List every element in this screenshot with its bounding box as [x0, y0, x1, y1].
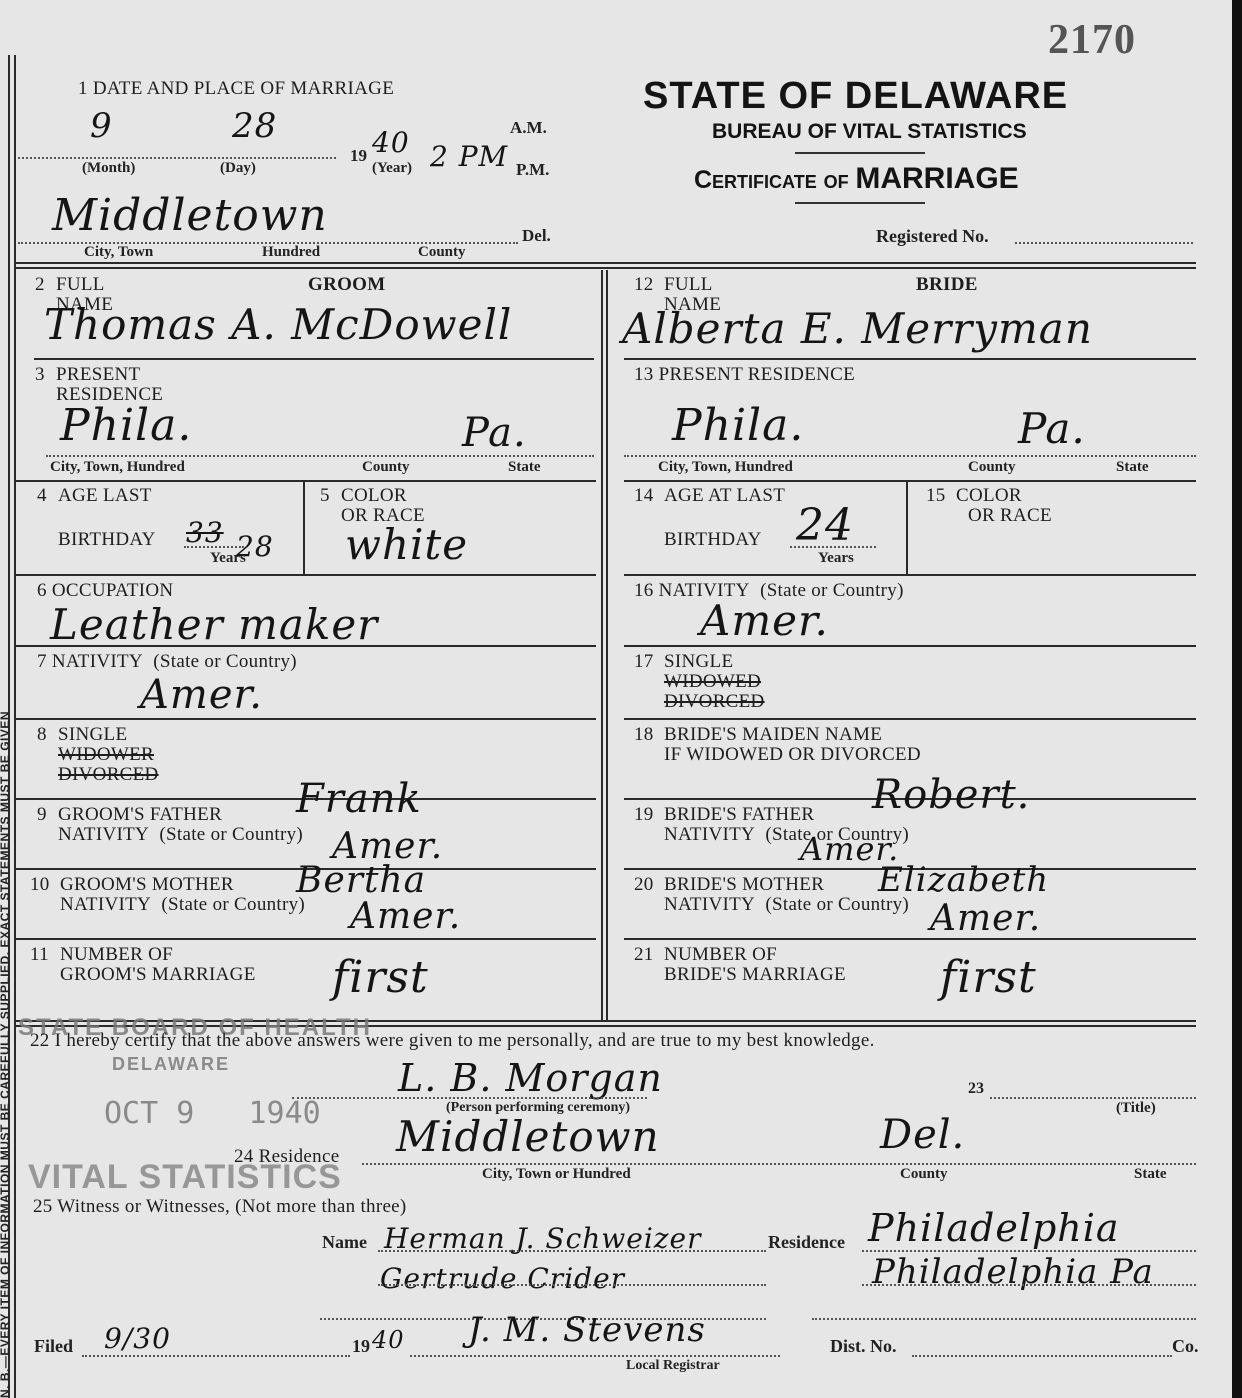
serial-number: 2170 [1048, 16, 1136, 64]
groom-res-state-label: State [508, 459, 541, 476]
bride-marriage-num: 21 [634, 944, 654, 966]
right-border [1232, 0, 1242, 1398]
title-rule-1 [795, 152, 925, 154]
rule-bride-2 [624, 358, 1196, 360]
groom-age-years-label: Years [210, 550, 246, 567]
year-label: (Year) [372, 160, 412, 177]
filed-year-prefix: 19 [352, 1336, 370, 1357]
bride-mother-nativity[interactable]: Amer. [930, 898, 1041, 939]
month-day-line [18, 157, 336, 159]
county-label: County [418, 244, 466, 261]
co-label: Co. [1172, 1336, 1199, 1357]
groom-age-label-b: BIRTHDAY [58, 529, 156, 551]
bride-status-single: SINGLE [664, 651, 733, 673]
groom-status-num: 8 [37, 724, 47, 746]
bride-name-value[interactable]: Alberta E. Merryman [622, 304, 1093, 353]
residence-line [362, 1163, 1196, 1165]
rule-bride-3 [624, 480, 1196, 482]
witness-2-residence[interactable]: Philadelphia Pa [872, 1252, 1154, 1292]
bride-mother-label-a: BRIDE'S MOTHER [664, 874, 824, 896]
hundred-label: Hundred [262, 244, 320, 261]
groom-color-num: 5 [320, 485, 330, 507]
groom-nativity-value[interactable]: Amer. [140, 672, 263, 718]
groom-name-label-a: FULL [56, 274, 105, 296]
groom-res-label-a: PRESENT [56, 364, 140, 386]
month-label: (Month) [82, 160, 135, 177]
bride-age-line [790, 546, 876, 548]
bride-marriage-label-b: BRIDE'S MARRIAGE [664, 964, 846, 986]
day-label: (Day) [220, 160, 256, 177]
city-town-label: City, Town [84, 244, 153, 261]
groom-age-struck: 33 [186, 516, 224, 549]
marriage-certificate: N. B.—EVERY ITEM OF INFORMATION MUST BE … [0, 0, 1242, 1398]
bride-father-name[interactable]: Robert. [872, 772, 1030, 818]
bride-marriage-value[interactable]: first [940, 952, 1037, 1003]
registered-no-field[interactable] [1015, 242, 1193, 244]
del-suffix: Del. [522, 226, 551, 246]
bureau-title: BUREAU OF VITAL STATISTICS [712, 120, 1027, 144]
bride-res-city[interactable]: Phila. [672, 400, 804, 451]
pm-label: P.M. [516, 160, 549, 180]
residence-state-label: State [1134, 1166, 1167, 1183]
filed-label: Filed [34, 1336, 73, 1357]
residence-city-label: City, Town or Hundred [482, 1166, 631, 1183]
registered-no-label: Registered No. [876, 226, 989, 247]
rule-bride-5 [624, 645, 1196, 647]
stamp-delaware: DELAWARE [112, 1054, 230, 1075]
groom-occupation-value[interactable]: Leather maker [50, 600, 378, 649]
bride-res-state[interactable]: Pa. [1018, 404, 1086, 453]
top-rule-1 [16, 262, 1196, 264]
rule-groom-5 [16, 645, 596, 647]
bride-age-years-label: Years [818, 550, 854, 567]
certificate-title-large: MARRIAGE [855, 162, 1018, 195]
bride-status-widowed: WIDOWED [664, 671, 761, 693]
bride-father-num: 19 [634, 804, 654, 826]
title-line[interactable] [990, 1097, 1196, 1099]
witness-residence-label: Residence [768, 1232, 845, 1253]
groom-mother-label-b: NATIVITY (State or Country) [60, 894, 305, 916]
officiant-signature[interactable]: L. B. Morgan [398, 1056, 663, 1100]
groom-status-divorced: DIVORCED [58, 764, 159, 786]
marriage-year-value[interactable]: 40 [372, 126, 410, 159]
bride-color-label-b: OR RACE [968, 505, 1052, 527]
groom-age-label-a: AGE LAST [58, 485, 152, 507]
groom-res-city[interactable]: Phila. [60, 400, 192, 451]
bride-status-divorced: DIVORCED [664, 691, 765, 713]
bride-father-label-a: BRIDE'S FATHER [664, 804, 814, 826]
registrar-label: Local Registrar [626, 1358, 720, 1374]
bride-father-nativity-label: NATIVITY [664, 824, 754, 845]
rule-groom-2 [34, 358, 594, 360]
certificate-title-small: Certificate of [694, 166, 849, 194]
groom-marriage-value[interactable]: first [332, 952, 429, 1003]
witness-1-name-line [378, 1250, 766, 1252]
certification-statement: 22 I hereby certify that the above answe… [30, 1030, 875, 1052]
title-rule-2 [795, 202, 925, 204]
bride-res-county-label: County [968, 459, 1016, 476]
groom-color-value[interactable]: white [345, 520, 468, 569]
residence-county-label: County [900, 1166, 948, 1183]
margin-note: N. B.—EVERY ITEM OF INFORMATION MUST BE … [0, 711, 12, 1398]
bride-age-num: 14 [634, 485, 654, 507]
rule-groom-3 [16, 480, 596, 482]
stamp-date: OCT 9 1940 [104, 1096, 321, 1131]
officiant-residence-city[interactable]: Middletown [396, 1112, 660, 1161]
groom-name-num: 2 [35, 274, 45, 296]
rule-groom-6 [16, 718, 596, 720]
groom-status-widower: WIDOWER [58, 744, 154, 766]
filed-year-value[interactable]: 40 [372, 1326, 405, 1354]
dist-no-label: Dist. No. [830, 1336, 897, 1357]
title-num: 23 [968, 1080, 984, 1098]
groom-nativity-label: 7 NATIVITY (State or Country) [37, 651, 297, 673]
marriage-time-value[interactable]: 2 PM [430, 140, 508, 173]
rule-bride-9 [624, 938, 1196, 940]
groom-res-line [46, 455, 594, 457]
registrar-line [410, 1355, 780, 1357]
witness-name-label: Name [322, 1232, 367, 1253]
bride-color-label-a: COLOR [956, 485, 1022, 507]
groom-father-label-a: GROOM'S FATHER [58, 804, 222, 826]
groom-father-num: 9 [37, 804, 47, 826]
groom-father-nativity-label: NATIVITY [58, 824, 148, 845]
bride-maiden-label-a: BRIDE'S MAIDEN NAME [664, 724, 882, 746]
groom-mother-nativity[interactable]: Amer. [350, 896, 461, 937]
groom-res-num: 3 [35, 364, 45, 386]
bride-res-state-label: State [1116, 459, 1149, 476]
bride-heading: BRIDE [916, 274, 978, 296]
groom-res-county-label: County [362, 459, 410, 476]
bride-mother-label-b: NATIVITY (State or Country) [664, 894, 909, 916]
bride-age-divider [906, 482, 908, 574]
groom-status-single: SINGLE [58, 724, 127, 746]
officiant-line [292, 1097, 647, 1099]
witness-3-residence-line [812, 1318, 1196, 1320]
center-divider-1 [601, 270, 603, 1022]
officiant-residence-state[interactable]: Del. [880, 1112, 965, 1158]
groom-father-nativity-sub: (State or Country) [159, 824, 303, 845]
bride-mother-num: 20 [634, 874, 654, 896]
marriage-day-value[interactable]: 28 [232, 106, 277, 146]
bride-age-label-a: AGE AT LAST [664, 485, 785, 507]
filed-date[interactable]: 9/30 [104, 1322, 171, 1355]
witness-2-residence-line [862, 1284, 1196, 1286]
witness-1-residence[interactable]: Philadelphia [868, 1206, 1120, 1250]
groom-nativity-sub: (State or Country) [153, 651, 297, 672]
witness-2-name-line [378, 1284, 766, 1286]
groom-mother-nativity-label: NATIVITY [60, 894, 150, 915]
bride-name-num: 12 [634, 274, 654, 296]
rule-groom-9 [16, 938, 596, 940]
groom-heading: GROOM [308, 274, 386, 296]
top-rule-2 [16, 267, 1196, 269]
groom-marriage-label-a: NUMBER OF [60, 944, 173, 966]
state-title: STATE OF DELAWARE [643, 75, 1068, 118]
groom-occupation-label: 6 OCCUPATION [37, 580, 173, 602]
groom-mother-num: 10 [30, 874, 50, 896]
groom-mother-nativity-sub: (State or Country) [161, 894, 305, 915]
groom-res-state[interactable]: Pa. [462, 410, 527, 456]
groom-name-value[interactable]: Thomas A. McDowell [44, 300, 512, 349]
left-border-inner [14, 55, 16, 1398]
center-divider-2 [606, 270, 608, 1022]
certificate-title: Certificate of MARRIAGE [694, 162, 1019, 196]
groom-age-num: 4 [37, 485, 47, 507]
rule-bride-4 [624, 574, 1196, 576]
bride-maiden-label-b: IF WIDOWED OR DIVORCED [664, 744, 921, 766]
groom-marriage-num: 11 [30, 944, 49, 966]
bride-res-line [624, 455, 1196, 457]
marriage-month-value[interactable]: 9 [90, 106, 113, 146]
bride-res-label: 13 PRESENT RESIDENCE [634, 364, 855, 386]
bride-age-label-b: BIRTHDAY [664, 529, 762, 551]
bride-res-city-label: City, Town, Hundred [658, 459, 793, 476]
year-prefix: 19 [350, 146, 367, 166]
rule-groom-4 [16, 574, 596, 576]
bride-mother-name[interactable]: Elizabeth [878, 860, 1049, 900]
groom-mother-label-a: GROOM'S MOTHER [60, 874, 234, 896]
filed-date-line [82, 1355, 350, 1357]
groom-father-name[interactable]: Frank [296, 776, 422, 822]
bride-maiden-num: 18 [634, 724, 654, 746]
groom-marriage-label-b: GROOM'S MARRIAGE [60, 964, 256, 986]
groom-color-label-a: COLOR [341, 485, 407, 507]
groom-age-line [184, 546, 244, 548]
witness-2-name[interactable]: Gertrude Crider [380, 1262, 625, 1295]
title-label: (Title) [1116, 1100, 1156, 1117]
residence-label: 24 Residence [234, 1146, 339, 1168]
groom-res-city-label: City, Town, Hundred [50, 459, 185, 476]
bride-nativity-value[interactable]: Amer. [700, 596, 829, 645]
bride-marriage-label-a: NUMBER OF [664, 944, 777, 966]
registrar-signature[interactable]: J. M. Stevens [468, 1310, 706, 1350]
bride-status-num: 17 [634, 651, 654, 673]
bride-name-label-a: FULL [664, 274, 713, 296]
date-place-label: 1 DATE AND PLACE OF MARRIAGE [78, 78, 394, 100]
marriage-place-value[interactable]: Middletown [52, 190, 328, 241]
bride-age-value[interactable]: 24 [796, 500, 854, 551]
rule-bride-6 [624, 718, 1196, 720]
groom-nativity-label-text: 7 NATIVITY [37, 651, 142, 672]
bride-mother-nativity-label: NATIVITY [664, 894, 754, 915]
groom-father-label-b: NATIVITY (State or Country) [58, 824, 303, 846]
dist-no-line[interactable] [912, 1355, 1172, 1357]
groom-age-divider [303, 482, 305, 574]
witnesses-label: 25 Witness or Witnesses, (Not more than … [33, 1196, 407, 1218]
am-label: A.M. [510, 118, 547, 138]
bride-color-num: 15 [926, 485, 946, 507]
groom-mother-name[interactable]: Bertha [296, 860, 426, 901]
